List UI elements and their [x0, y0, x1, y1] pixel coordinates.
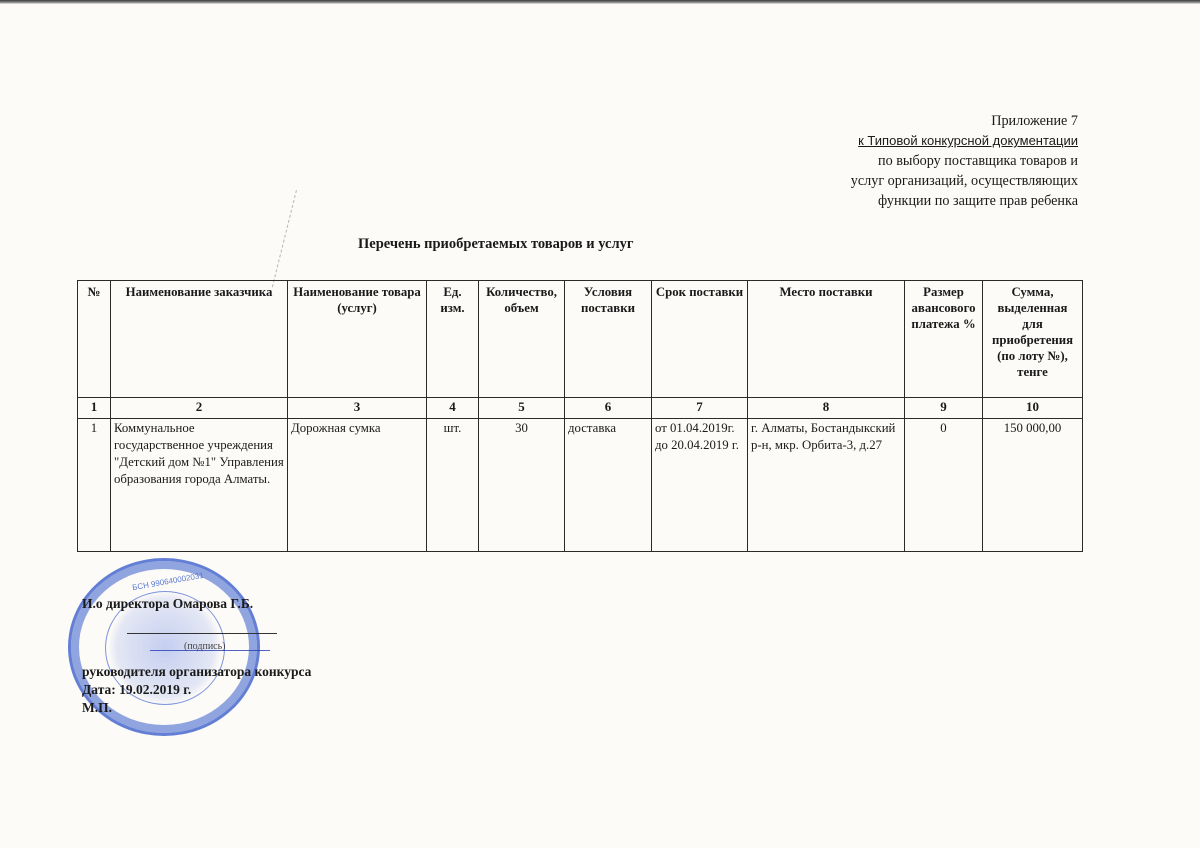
pencil-mark [272, 190, 299, 288]
appendix-line-3: по выбору поставщика товаров и [851, 151, 1078, 171]
cell-quantity: 30 [479, 419, 565, 552]
column-number-row: 1 2 3 4 5 6 7 8 9 10 [78, 398, 1083, 419]
document-title: Перечень приобретаемых товаров и услуг [358, 236, 633, 253]
signature-date: Дата: 19.02.2019 г. [82, 681, 191, 699]
director-name: И.о директора Омарова Г.Б. [82, 595, 253, 613]
appendix-header: Приложение 7 к Типовой конкурсной докуме… [851, 111, 1078, 211]
scan-edge [0, 0, 1200, 4]
col-header-unit: Ед. изм. [427, 281, 479, 398]
col-num-1: 1 [78, 398, 111, 419]
col-num-10: 10 [983, 398, 1083, 419]
col-header-number: № [78, 281, 111, 398]
col-num-3: 3 [288, 398, 427, 419]
goods-table: № Наименование заказчика Наименование то… [77, 280, 1083, 552]
signature-caption: (подпись) [184, 641, 226, 652]
cell-customer: Коммунальное государственное учреждения … [111, 419, 288, 552]
col-header-item: Наименование товара (услуг) [288, 281, 427, 398]
col-num-7: 7 [652, 398, 748, 419]
appendix-line-1: Приложение 7 [851, 111, 1078, 131]
cell-number: 1 [78, 419, 111, 552]
col-num-9: 9 [905, 398, 983, 419]
col-num-8: 8 [748, 398, 905, 419]
cell-delivery-place: г. Алматы, Бостандыкский р-н, мкр. Орбит… [748, 419, 905, 552]
col-num-6: 6 [565, 398, 652, 419]
col-num-4: 4 [427, 398, 479, 419]
cell-item: Дорожная сумка [288, 419, 427, 552]
col-header-customer: Наименование заказчика [111, 281, 288, 398]
appendix-line-5: функции по защите прав ребенка [851, 191, 1078, 211]
col-header-quantity: Количество, объем [479, 281, 565, 398]
col-header-advance: Размер авансового платежа % [905, 281, 983, 398]
seal-place: М.П. [82, 699, 112, 717]
col-header-delivery-place: Место поставки [748, 281, 905, 398]
col-header-delivery-terms: Условия поставки [565, 281, 652, 398]
cell-unit: шт. [427, 419, 479, 552]
cell-delivery-period: от 01.04.2019г. до 20.04.2019 г. [652, 419, 748, 552]
organizer-role: руководителя организатора конкурса [82, 663, 311, 681]
appendix-line-2: к Типовой конкурсной документации [851, 131, 1078, 151]
cell-amount: 150 000,00 [983, 419, 1083, 552]
table-header-row: № Наименование заказчика Наименование то… [78, 281, 1083, 398]
col-num-5: 5 [479, 398, 565, 419]
col-header-amount: Сумма, выделенная для приобретения (по л… [983, 281, 1083, 398]
table-row: 1 Коммунальное государственное учреждени… [78, 419, 1083, 552]
col-num-2: 2 [111, 398, 288, 419]
cell-advance: 0 [905, 419, 983, 552]
stamp-text: БСН 990640002031 [123, 569, 213, 593]
cell-delivery-terms: доставка [565, 419, 652, 552]
col-header-delivery-period: Срок поставки [652, 281, 748, 398]
appendix-line-4: услуг организаций, осуществляющих [851, 171, 1078, 191]
